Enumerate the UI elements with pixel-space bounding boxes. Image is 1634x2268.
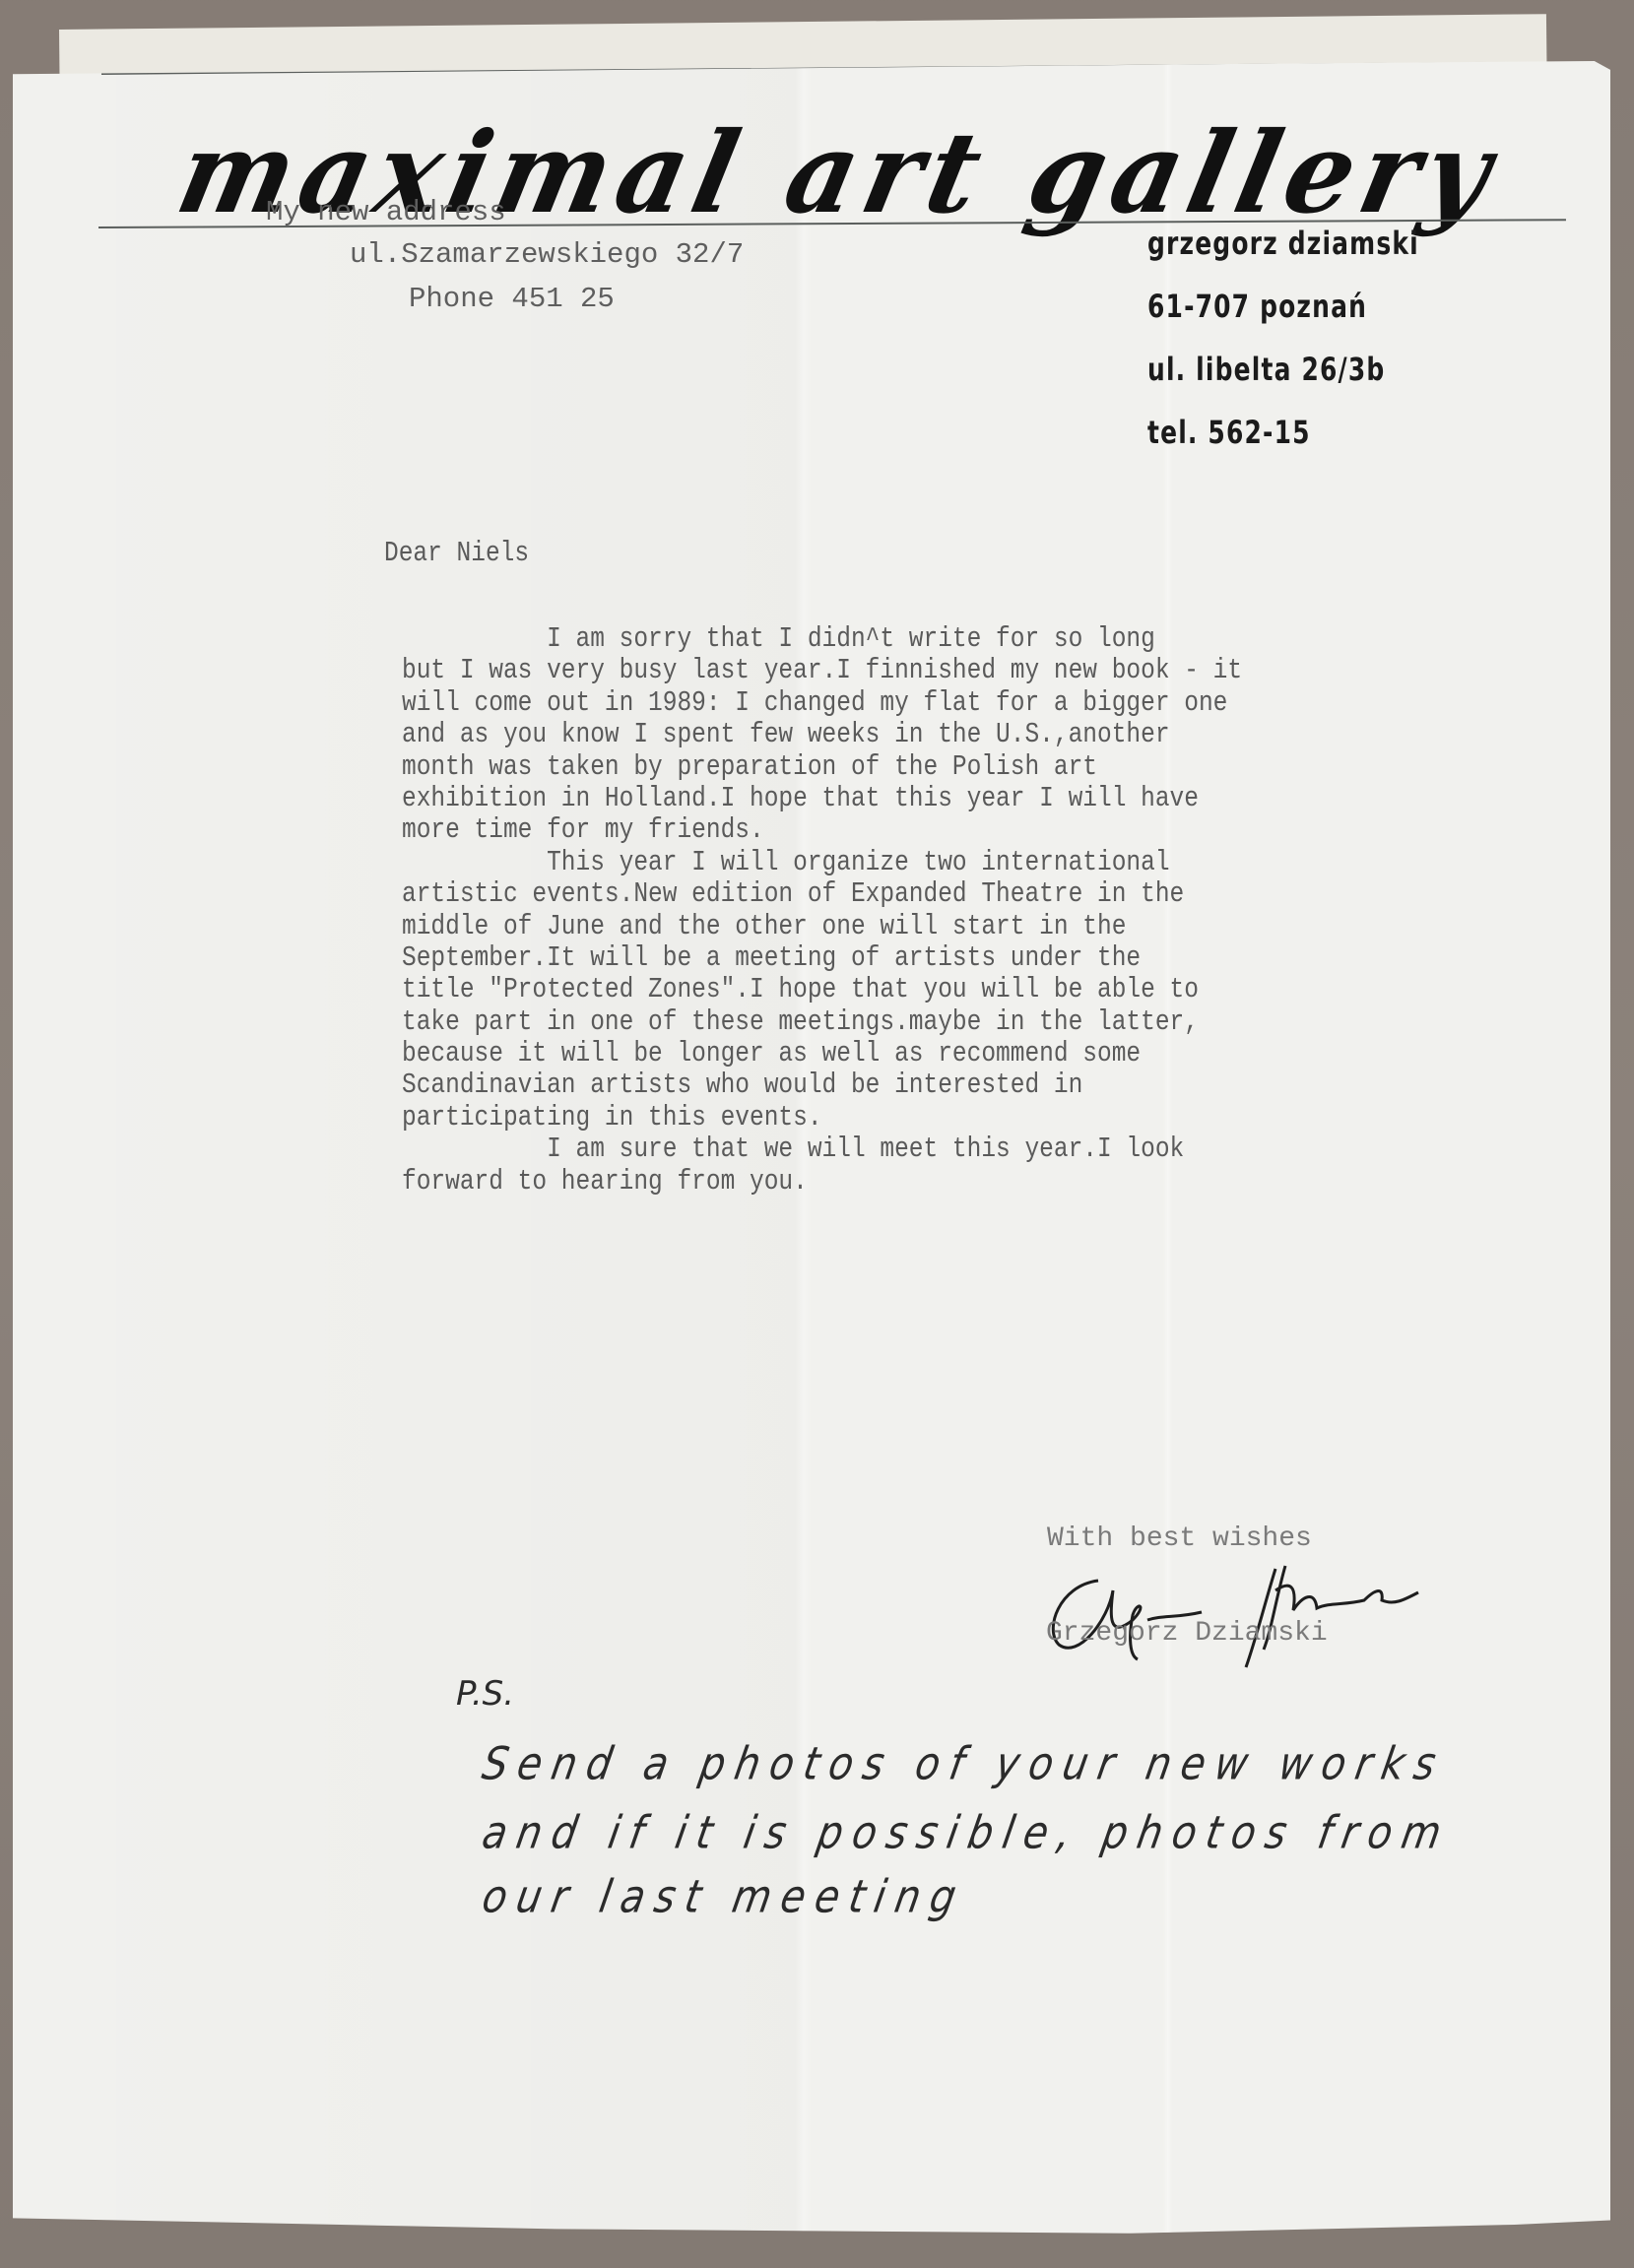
new-address-street: ul.Szamarzewskiego 32/7 bbox=[350, 239, 744, 271]
closing-phrase: With best wishes bbox=[1047, 1523, 1312, 1554]
body-line: take part in one of these meetings.maybe… bbox=[402, 1005, 1402, 1037]
letterhead-city: 61-707 poznań bbox=[1147, 288, 1419, 351]
new-address-heading: My new address bbox=[266, 197, 506, 228]
body-line: month was taken by preparation of the Po… bbox=[402, 750, 1402, 782]
body-line: This year I will organize two internatio… bbox=[402, 846, 1402, 877]
body-line: participating in this events. bbox=[402, 1101, 1402, 1133]
letterhead-street: ul. libelta 26/3b bbox=[1147, 351, 1419, 414]
body-line: and as you know I spent few weeks in the… bbox=[402, 718, 1402, 749]
signature-icon bbox=[1039, 1561, 1443, 1669]
body-line: forward to hearing from you. bbox=[402, 1165, 1402, 1197]
body-line: artistic events.New edition of Expanded … bbox=[402, 877, 1402, 909]
body-line: more time for my friends. bbox=[402, 813, 1402, 845]
ps-line: our last meeting bbox=[479, 1871, 970, 1923]
letterhead-contact: grzegorz dziamski 61-707 poznań ul. libe… bbox=[1147, 225, 1419, 477]
body-line: September.It will be a meeting of artist… bbox=[402, 941, 1402, 973]
body-line: but I was very busy last year.I finnishe… bbox=[402, 654, 1402, 685]
ps-line: and if it is possible, photos from bbox=[479, 1807, 1455, 1859]
body-line: Scandinavian artists who would be intere… bbox=[402, 1069, 1402, 1100]
body-line: will come out in 1989: I changed my flat… bbox=[402, 686, 1402, 718]
new-address-phone: Phone 451 25 bbox=[409, 284, 615, 315]
body-line: I am sure that we will meet this year.I … bbox=[402, 1133, 1402, 1164]
ps-line: Send a photos of your new works bbox=[479, 1738, 1450, 1790]
letterhead-name: grzegorz dziamski bbox=[1147, 225, 1419, 288]
new-address-block: My new address ul.Szamarzewskiego 32/7 P… bbox=[266, 197, 300, 323]
body-line: I am sorry that I didn^t write for so lo… bbox=[402, 622, 1402, 654]
body-line: middle of June and the other one will st… bbox=[402, 910, 1402, 941]
salutation: Dear Niels bbox=[384, 537, 529, 569]
letterhead-phone: tel. 562-15 bbox=[1147, 414, 1419, 477]
typed-signature-name: Grzegorz Dziamski bbox=[1046, 1618, 1328, 1649]
body-line: exhibition in Holland.I hope that this y… bbox=[402, 782, 1402, 813]
body-line: title "Protected Zones".I hope that you … bbox=[402, 973, 1402, 1004]
ps-label: P.S. bbox=[456, 1674, 514, 1714]
letter-body: I am sorry that I didn^t write for so lo… bbox=[402, 622, 1402, 1197]
body-line: because it will be longer as well as rec… bbox=[402, 1037, 1402, 1069]
